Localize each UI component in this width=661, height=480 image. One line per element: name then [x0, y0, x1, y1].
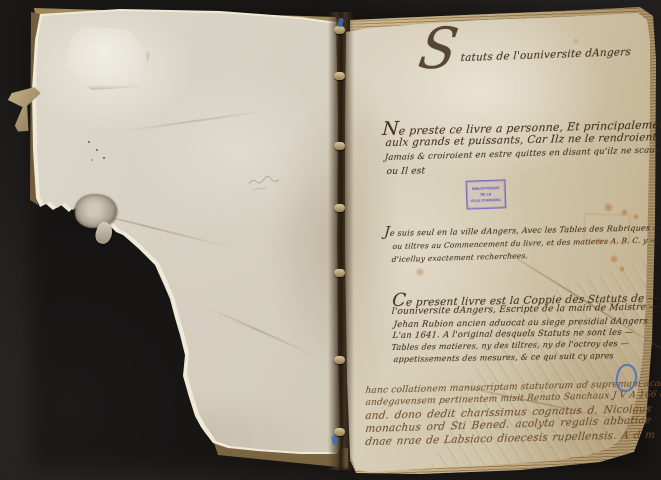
foxing-stain — [612, 120, 617, 125]
foxing-stain — [604, 203, 613, 212]
ink-speck — [150, 355, 152, 357]
ink-speck — [103, 157, 105, 159]
foxing-stain — [619, 266, 625, 272]
foxing-stain — [595, 238, 602, 245]
stamp-text: BIBLIOTHEQUE — [472, 186, 500, 190]
pencil-scribble — [246, 170, 286, 196]
foxing-stain — [621, 209, 628, 216]
faded-stamp-outline — [584, 213, 631, 243]
foxing-stain — [573, 38, 579, 44]
foxing-stain — [415, 268, 425, 276]
foxing-stain — [610, 255, 618, 263]
foxing-stain — [633, 214, 639, 220]
sewing-support — [334, 428, 345, 436]
foxing-stain — [590, 330, 595, 335]
ink-speck — [165, 383, 167, 385]
foxing-stain — [637, 300, 643, 306]
stamp-text: DE LA — [481, 193, 492, 197]
ink-speck — [88, 141, 90, 143]
sewing-support — [334, 26, 345, 34]
manuscript-photo: S tatuts de l'ouniversite dAngers Ne pre… — [0, 0, 661, 480]
library-stamp: BIBLIOTHEQUE DE LA VILLE D'ANGERS — [466, 179, 507, 209]
sewing-support — [334, 204, 345, 212]
spine-gutter — [328, 12, 354, 470]
stamp-text: VILLE D'ANGERS — [471, 198, 501, 202]
ink-speck — [96, 149, 98, 151]
sewing-support — [334, 72, 345, 80]
warning-note-line: ou Il est — [386, 166, 426, 177]
ink-speck — [91, 159, 93, 161]
sewing-support — [334, 269, 345, 277]
ink-speck — [143, 322, 145, 324]
sewing-support — [334, 356, 345, 364]
sewing-support — [334, 142, 345, 150]
